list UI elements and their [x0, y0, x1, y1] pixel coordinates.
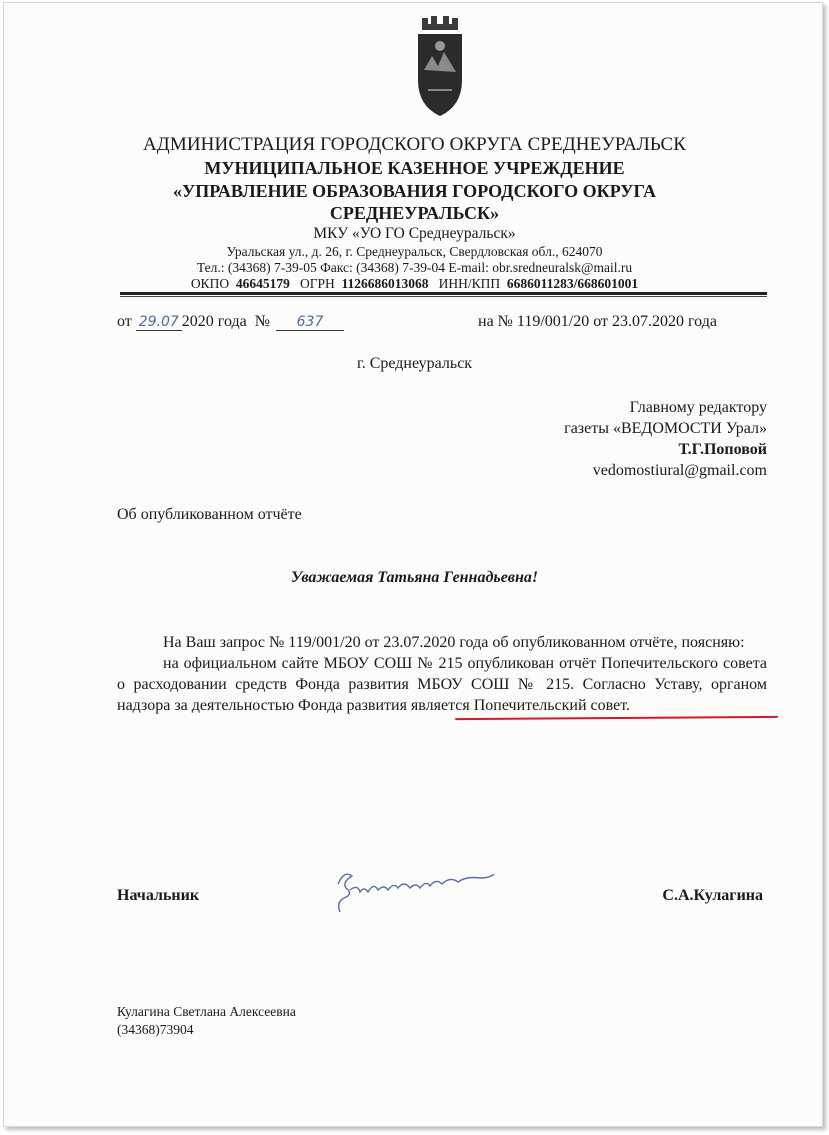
- addressee-newspaper: газеты «ВЕДОМОСТИ Урал»: [564, 418, 767, 439]
- letterhead-address: Уральская ул., д. 26, г. Среднеуральск, …: [0, 244, 829, 260]
- letterhead-administration: АДМИНИСТРАЦИЯ ГОРОДСКОГО ОКРУГА СРЕДНЕУР…: [0, 134, 829, 156]
- addressee-email: vedomostiural@gmail.com: [564, 460, 767, 481]
- executor-block: Кулагина Светлана Алексеевна (34368)7390…: [117, 1003, 296, 1039]
- city: г. Среднеуральск: [0, 355, 829, 373]
- executor-name: Кулагина Светлана Алексеевна: [117, 1003, 296, 1021]
- letter-body: На Ваш запрос № 119/001/20 от 23.07.2020…: [117, 632, 767, 716]
- signatory-name: С.А.Кулагина: [662, 887, 763, 905]
- outgoing-date-number: от 29.072020 года №637: [117, 313, 344, 331]
- reference-number: на № 119/001/20 от 23.07.2020 года: [478, 313, 717, 331]
- signatory-title: Начальник: [117, 887, 199, 905]
- greeting: Уважаемая Татьяна Геннадьевна!: [0, 569, 829, 587]
- letterhead-divider-thin: [120, 296, 767, 297]
- coat-of-arms-icon: [414, 10, 466, 120]
- addressee-name: Т.Г.Поповой: [564, 439, 767, 460]
- handwritten-number: 637: [276, 314, 344, 331]
- addressee-block: Главному редактору газеты «ВЕДОМОСТИ Ура…: [564, 397, 767, 481]
- letterhead-divider: [120, 292, 767, 295]
- letterhead-institution-name-2: СРЕДНЕУРАЛЬСК»: [0, 203, 829, 224]
- handwritten-date: 29.07: [136, 314, 182, 331]
- letterhead-institution-name-1: «УПРАВЛЕНИЕ ОБРАЗОВАНИЯ ГОРОДСКОГО ОКРУГ…: [0, 181, 829, 202]
- letterhead-codes: ОКПО 46645179 ОГРН 1126686013068 ИНН/КПП…: [0, 276, 829, 292]
- body-paragraph-2: на официальном сайте МБОУ СОШ № 215 опуб…: [117, 653, 767, 716]
- body-paragraph-1: На Ваш запрос № 119/001/20 от 23.07.2020…: [117, 632, 767, 653]
- letterhead-institution-type: МУНИЦИПАЛЬНОЕ КАЗЕННОЕ УЧРЕЖДЕНИЕ: [0, 158, 829, 179]
- addressee-position: Главному редактору: [564, 397, 767, 418]
- letter-subject: Об опубликованном отчёте: [117, 506, 302, 524]
- letterhead-short-name: МКУ «УО ГО Среднеуральск»: [0, 225, 829, 243]
- executor-phone: (34368)73904: [117, 1021, 296, 1039]
- highlighted-text: средств Фонда развития МБОУ СОШ: [235, 676, 509, 693]
- handwritten-signature: [330, 866, 500, 916]
- letterhead-contacts: Тел.: (34368) 7-39-05 Факс: (34368) 7-39…: [0, 260, 829, 276]
